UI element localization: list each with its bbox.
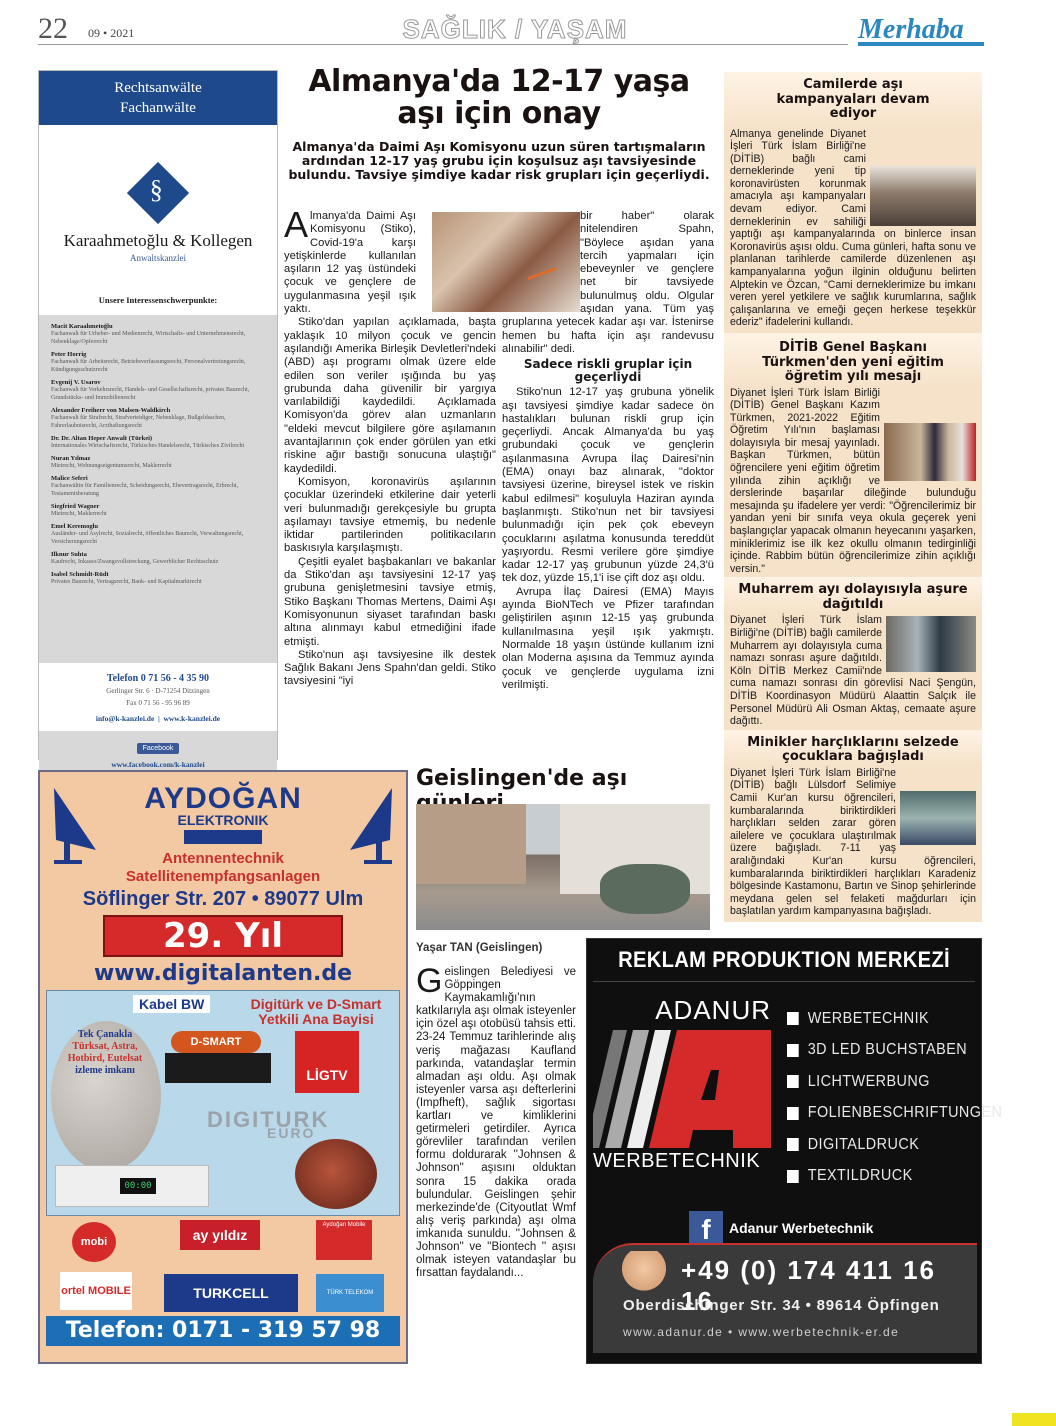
adanur-brand: ADANUR WERBETECHNIK xyxy=(593,995,771,1173)
dish-caption: Tek Çanakla Türksat, Astra, Hotbird, Eut… xyxy=(57,1029,153,1077)
aydogan-website-link[interactable]: www.digitalanten.de xyxy=(40,961,406,986)
law-firm-ad: Rechtsanwälte Fachanwälte Karaahmetoğlu … xyxy=(38,70,278,760)
service-item: FOLIENBESCHRIFTUNGEN xyxy=(787,1098,1002,1130)
adanur-urls[interactable]: www.adanur.de • www.werbetechnik-er.de xyxy=(623,1325,899,1339)
adanur-ad: REKLAM PRODUKTION MERKEZİ ADANUR WERBETE… xyxy=(586,938,982,1364)
service-item: LICHTWERBUNG xyxy=(787,1066,1002,1098)
service-item: WERBETECHNIK xyxy=(787,1003,1002,1035)
lawyer-entry: Dr. Dr. Altan Heper Anwalt (Türkei)Inter… xyxy=(51,435,267,450)
law-fax: Fax 0 71 56 - 95 96 89 xyxy=(39,699,277,708)
bullet-square-icon xyxy=(787,1107,799,1120)
law-contact: Telefon 0 71 56 - 4 35 90 Gerlinger Str.… xyxy=(39,663,277,723)
corner-tab xyxy=(1012,1413,1056,1426)
sidebar-headline: Minikler harçlıklarını selzede çocuklara… xyxy=(724,730,982,767)
law-firm-subtitle: Anwaltskanzlei xyxy=(39,253,277,263)
issue-date: 09 • 2021 xyxy=(88,26,134,41)
sidebar-story: Almanya genelinde Diyanet İşleri Türk İs… xyxy=(724,128,982,330)
distribution-photo xyxy=(886,616,976,672)
lawyer-entry: Macit KaraahmetoğluFachanwalt für Urhebe… xyxy=(51,323,267,346)
lawyer-entry: Malice SeferiFachanwältin für Familienre… xyxy=(51,475,267,498)
turk-telekom-logo: TÜRK TELEKOM xyxy=(316,1274,384,1312)
support-agent-avatar xyxy=(619,1251,669,1295)
dsmart-logo: D-SMART xyxy=(171,1031,261,1053)
law-firm-name: Karaahmetoğlu & Kollegen xyxy=(39,231,277,251)
partner-logos: mobi ay yıldız Aydoğan Mobile ortel MOBI… xyxy=(40,1216,406,1316)
interests-heading: Unsere Interessenschwerpunkte: xyxy=(39,295,277,305)
facebook-url-link[interactable]: www.facebook.com/k-kanzlei xyxy=(39,760,277,769)
lawyer-entry: Emel KeremogluAusländer- und Asylrecht, … xyxy=(51,523,267,546)
products-panel: Kabel BW Digitürk ve D-Smart Yetkili Ana… xyxy=(46,990,400,1216)
mobi-logo: mobi xyxy=(72,1222,116,1262)
sidebar-headline: Muharrem ayı dolayısıyla aşure dağıtıldı xyxy=(724,577,982,614)
mosque-photo xyxy=(900,791,976,845)
section-title: SAĞLIK / YAŞAM xyxy=(390,14,640,45)
dealer-text: Digitürk ve D-Smart Yetkili Ana Bayisi xyxy=(231,997,401,1027)
kabel-bw-logo: Kabel BW xyxy=(133,995,210,1013)
aydogan-mobile-logo: Aydoğan Mobile xyxy=(316,1220,372,1260)
article-byline: Yaşar TAN (Geislingen) xyxy=(416,942,542,954)
aydogan-phone: Telefon: 0171 - 319 57 98 xyxy=(46,1316,400,1346)
lawyer-entry: Peter HorrigFachanwalt für Arbeitsrecht,… xyxy=(51,351,267,374)
adanur-a-logo-icon xyxy=(593,1030,771,1148)
red-dish-image xyxy=(295,1139,377,1209)
facebook-icon: f xyxy=(689,1211,723,1245)
paragraph: Stiko'dan yapılan açıklamada, başta yakl… xyxy=(284,316,496,476)
facebook-button[interactable]: Facebook xyxy=(137,743,180,754)
paragraph-logo-icon xyxy=(127,162,189,224)
turkcell-logo: TURKCELL xyxy=(164,1274,298,1312)
paragraph: Stiko'nun 12-17 yaş grubuna yönelik aşı … xyxy=(502,386,714,585)
paragraph: Avrupa İlaç Dairesi (EMA) Mayıs ayında B… xyxy=(502,586,714,692)
law-email-link[interactable]: info@k-kanzlei.de xyxy=(96,714,154,723)
digiturk-euro: EURO xyxy=(267,1125,315,1141)
lawyer-entry: Evgenij V. UsarovFachanwalt für Verkehrs… xyxy=(51,379,267,402)
lawyer-entry: Isabel Schmidt-RüdtPrivates Baurecht, Ve… xyxy=(51,571,267,586)
paragraph: Çeşitli eyalet başbakanları ve bakanlar … xyxy=(284,556,496,649)
article-deck: Almanya'da Daimi Aşı Komisyonu uzun süre… xyxy=(284,140,714,182)
sidebar-story: Diyanet İşleri Türk İslam Birliği'ne (Dİ… xyxy=(724,614,982,727)
ligtv-logo: LİGTV xyxy=(295,1031,359,1093)
dsmart-receiver xyxy=(165,1053,271,1083)
adanur-contact-panel: +49 (0) 174 411 16 16 Oberdischinger Str… xyxy=(593,1243,977,1353)
ayyildiz-logo: ay yıldız xyxy=(180,1220,260,1250)
header-rule xyxy=(38,44,848,45)
article-headline: Almanya'da 12-17 yaşa aşı için onay xyxy=(284,66,714,130)
dropcap: G xyxy=(416,967,442,995)
adanur-address: Oberdischinger Str. 34 • 89614 Öpfingen xyxy=(623,1297,940,1314)
anniversary-banner: 29. Yıl xyxy=(103,915,343,957)
logo-underline xyxy=(858,42,984,46)
service-satellite: Satellitenempfangsanlagen xyxy=(40,868,406,886)
bullet-square-icon xyxy=(787,1012,799,1025)
dropcap: A xyxy=(284,211,308,239)
bullet-square-icon xyxy=(787,1075,799,1088)
adanur-title: REKLAM PRODUKTION MERKEZİ xyxy=(603,939,965,973)
sidebar-headline: DİTİB Genel Başkanı Türkmen'den yeni eği… xyxy=(724,333,982,387)
bullet-square-icon xyxy=(787,1170,799,1183)
lawyer-entry: Siegfried WagnerMietrecht, Maklerrecht xyxy=(51,503,267,518)
sidebar-headline: Camilerde aşı kampanyaları devam ediyor xyxy=(724,72,982,128)
law-phone: Telefon 0 71 56 - 4 35 90 xyxy=(39,673,277,684)
group-photo xyxy=(870,166,976,226)
aydogan-address: Söflinger Str. 207 • 89077 Ulm xyxy=(40,888,406,911)
ortel-logo: ortel MOBILE xyxy=(60,1272,132,1310)
article-column-2: bir haber" olarak nitelendiren Spahn, "B… xyxy=(502,210,714,692)
law-address: Gerlinger Str. 6 · D-71254 Ditzingen xyxy=(39,687,277,696)
article-subhead: Sadece riskli gruplar için geçerliydi xyxy=(502,358,714,384)
sidebar-story: Diyanet İşleri Türk İslam Birliği'ne (Dİ… xyxy=(724,767,982,918)
services-list: WERBETECHNIK 3D LED BUCHSTABEN LICHTWERB… xyxy=(787,1003,1026,1192)
geislingen-street-photo xyxy=(416,804,710,930)
geislingen-body: Geislingen Belediyesi ve Göppingen Kayma… xyxy=(416,966,576,1280)
lawyer-list: Macit KaraahmetoğluFachanwalt für Urhebe… xyxy=(39,315,277,663)
satellite-dish-icon xyxy=(46,780,106,870)
service-item: 3D LED BUCHSTABEN xyxy=(787,1035,1002,1067)
page-number: 22 xyxy=(38,12,68,46)
adanur-facebook[interactable]: f Adanur Werbetechnik xyxy=(689,1211,873,1245)
lawyer-entry: Alexander Freiherr von Malsen-WaldkirchF… xyxy=(51,407,267,430)
lawyer-entry: Ilknur SuhtaKaufrecht, Inkasso/Zwangsvol… xyxy=(51,551,267,566)
satellite-dish-icon xyxy=(340,780,400,870)
law-facebook-section: Facebook www.facebook.com/k-kanzlei xyxy=(39,731,277,775)
satellite-receiver: 00:00 xyxy=(55,1165,209,1207)
bullet-square-icon xyxy=(787,1138,799,1151)
portrait-photo xyxy=(884,423,976,481)
article-column-1: Almanya'da Daimi Aşı Komisyonu (Stiko), … xyxy=(284,210,496,689)
law-ad-banner: Rechtsanwälte Fachanwälte xyxy=(39,71,277,125)
news-sidebar: Camilerde aşı kampanyaları devam ediyor … xyxy=(724,72,982,922)
bullet-square-icon xyxy=(787,1044,799,1057)
sidebar-story: Diyanet İşleri Türk İslam Birliği (DİTİB… xyxy=(724,387,982,576)
lawyer-entry: Nuran YılmazMietrecht, Wohnungseigentums… xyxy=(51,455,267,470)
paragraph: Stiko'nun aşı tavsiyesine ilk destek Sağ… xyxy=(284,649,496,689)
service-item: TEXTILDRUCK xyxy=(787,1161,1002,1193)
paragraph: Komisyon, koronavirüs aşılarının çocukla… xyxy=(284,476,496,556)
law-web-link[interactable]: www.k-kanzlei.de xyxy=(163,714,220,723)
service-item: DIGITALDRUCK xyxy=(787,1129,1002,1161)
aydogan-ad: AYDOĞAN ELEKTRONIK Antennentechnik Satel… xyxy=(38,770,408,1364)
